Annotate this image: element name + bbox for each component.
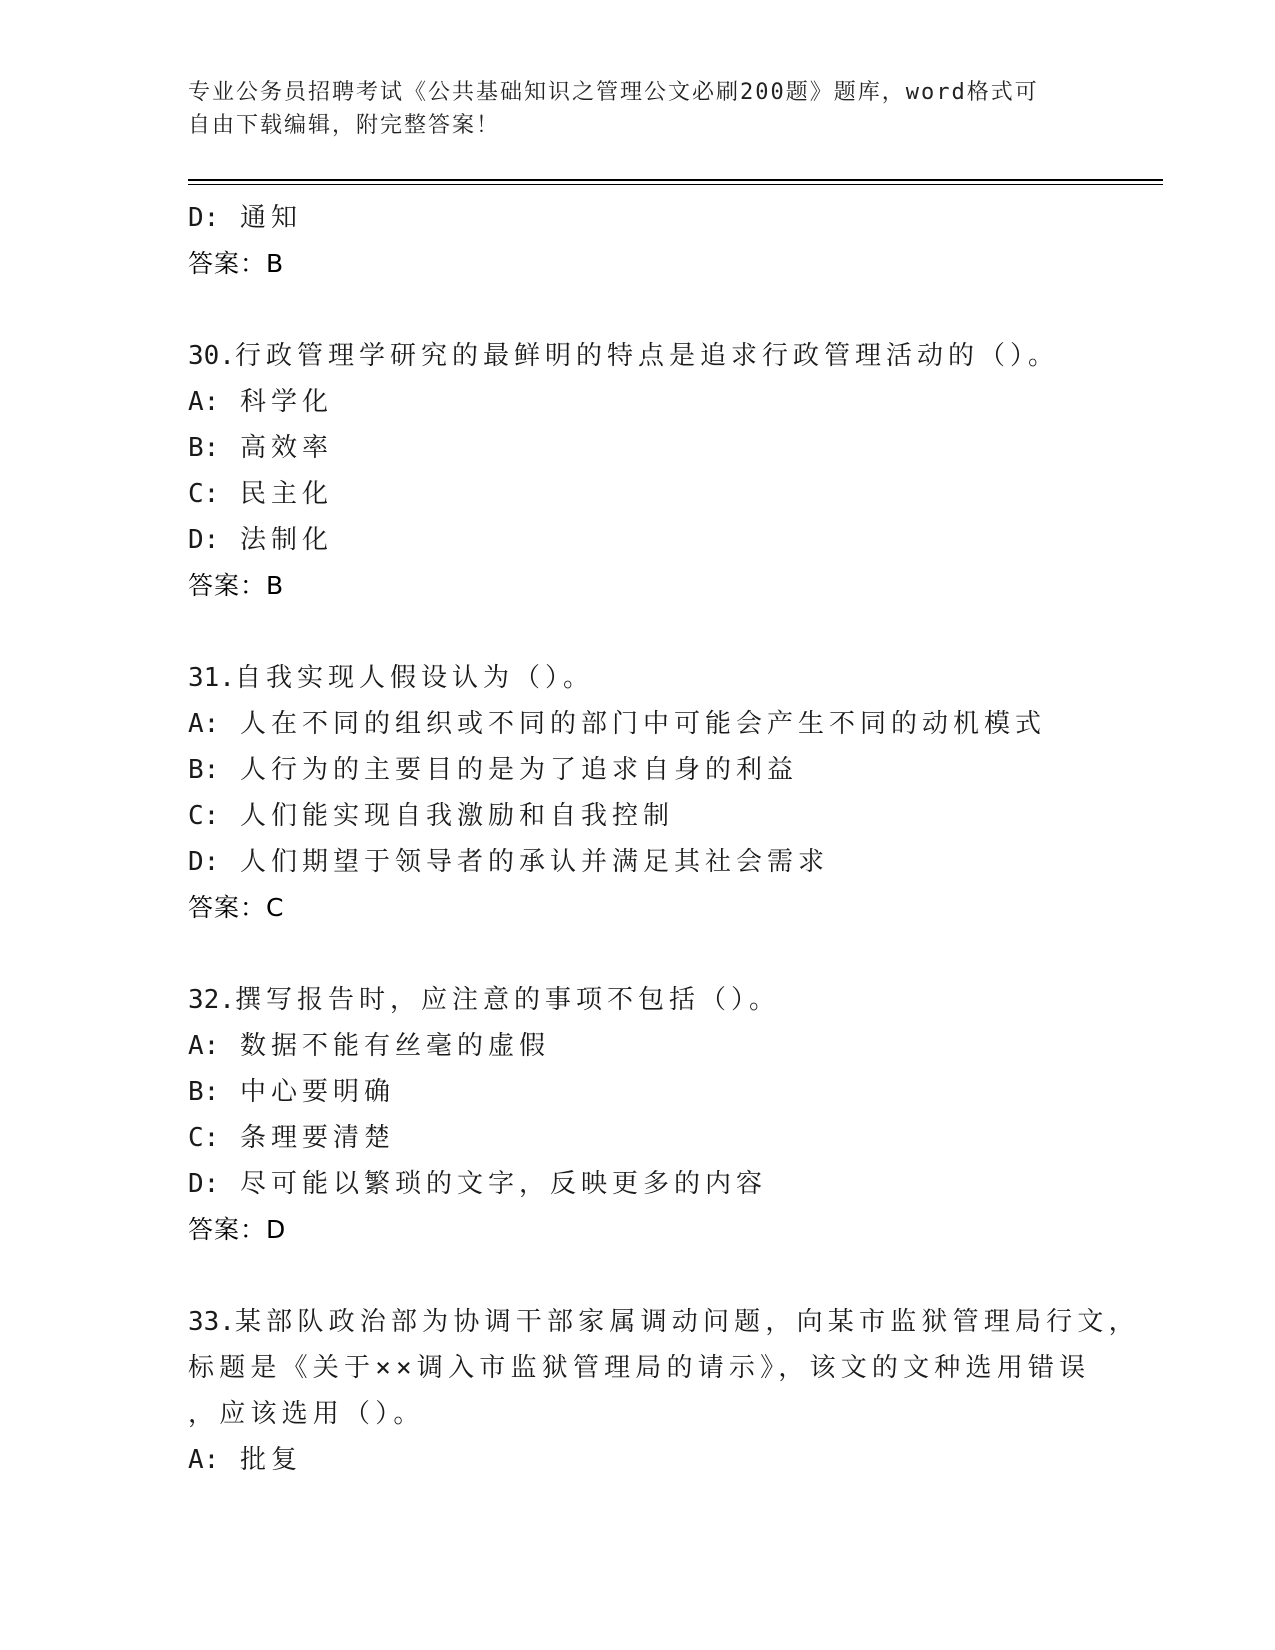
option-text: 批复 xyxy=(240,1445,302,1475)
question-stem: 32.撰写报告时，应注意的事项不包括（）。 xyxy=(188,977,1088,1023)
option-b: B: 中心要明确 xyxy=(188,1069,1088,1115)
option-key: A: xyxy=(188,709,219,739)
question-spacer xyxy=(188,1253,1088,1299)
option-text: 人行为的主要目的是为了追求自身的利益 xyxy=(240,755,798,785)
header-rule-thick xyxy=(188,179,1163,181)
option-b: B: 人行为的主要目的是为了追求自身的利益 xyxy=(188,747,1088,793)
header-title-line-2: 自由下载编辑，附完整答案！ xyxy=(188,109,1068,142)
option-key: B: xyxy=(188,1077,219,1107)
question-32: 32.撰写报告时，应注意的事项不包括（）。 A: 数据不能有丝毫的虚假 B: 中… xyxy=(188,977,1088,1253)
option-b: B: 高效率 xyxy=(188,425,1088,471)
question-stem-text: 自我实现人假设认为（）。 xyxy=(235,663,594,693)
option-d: D: 尽可能以繁琐的文字，反映更多的内容 xyxy=(188,1161,1088,1207)
option-key: D: xyxy=(188,203,219,233)
option-a: A: 数据不能有丝毫的虚假 xyxy=(188,1023,1088,1069)
answer-line: 答案：C xyxy=(188,885,1088,931)
header-rule-thin xyxy=(188,184,1163,185)
question-stem-text: 撰写报告时，应注意的事项不包括（）。 xyxy=(235,985,780,1015)
option-text: 中心要明确 xyxy=(240,1077,395,1107)
option-key: A: xyxy=(188,1031,219,1061)
question-stem: 33.某部队政治部为协调干部家属调动问题，向某市监狱管理局行文， xyxy=(188,1299,1088,1345)
option-d: D: 通知 xyxy=(188,195,1088,241)
option-c: C: 人们能实现自我激励和自我控制 xyxy=(188,793,1088,839)
answer-line: 答案：B xyxy=(188,563,1088,609)
question-31: 31.自我实现人假设认为（）。 A: 人在不同的组织或不同的部门中可能会产生不同… xyxy=(188,655,1088,931)
option-text: 尽可能以繁琐的文字，反映更多的内容 xyxy=(240,1169,767,1199)
option-key: B: xyxy=(188,755,219,785)
question-list: D: 通知 答案：B 30.行政管理学研究的最鲜明的特点是追求行政管理活动的（）… xyxy=(188,195,1088,1483)
question-spacer xyxy=(188,609,1088,655)
option-text: 人们能实现自我激励和自我控制 xyxy=(240,801,674,831)
option-key: C: xyxy=(188,1123,219,1153)
option-c: C: 条理要清楚 xyxy=(188,1115,1088,1161)
question-spacer xyxy=(188,931,1088,977)
question-stem-continued: ，应该选用（）。 xyxy=(188,1391,1088,1437)
option-key: D: xyxy=(188,525,219,555)
option-key: A: xyxy=(188,387,219,417)
header-title-line-1: 专业公务员招聘考试《公共基础知识之管理公文必刷200题》题库，word格式可 xyxy=(188,76,1068,109)
option-key: D: xyxy=(188,847,219,877)
option-text: 高效率 xyxy=(240,433,333,463)
option-text: 数据不能有丝毫的虚假 xyxy=(240,1031,550,1061)
document-page: 专业公务员招聘考试《公共基础知识之管理公文必刷200题》题库，word格式可 自… xyxy=(0,0,1275,1650)
option-key: D: xyxy=(188,1169,219,1199)
previous-question-tail: D: 通知 答案：B xyxy=(188,195,1088,287)
question-number: 31. xyxy=(188,663,235,693)
option-key: A: xyxy=(188,1445,219,1475)
question-stem-text: 行政管理学研究的最鲜明的特点是追求行政管理活动的（）。 xyxy=(235,341,1059,371)
question-spacer xyxy=(188,287,1088,333)
option-a: A: 人在不同的组织或不同的部门中可能会产生不同的动机模式 xyxy=(188,701,1088,747)
option-text: 人在不同的组织或不同的部门中可能会产生不同的动机模式 xyxy=(240,709,1046,739)
question-number: 33. xyxy=(188,1307,235,1337)
question-stem-continued: 标题是《关于××调入市监狱管理局的请示》，该文的文种选用错误 xyxy=(188,1345,1088,1391)
question-stem-text: 某部队政治部为协调干部家属调动问题，向某市监狱管理局行文， xyxy=(235,1307,1140,1337)
question-number: 30. xyxy=(188,341,235,371)
option-text: 人们期望于领导者的承认并满足其社会需求 xyxy=(240,847,829,877)
option-key: B: xyxy=(188,433,219,463)
option-key: C: xyxy=(188,479,219,509)
option-d: D: 法制化 xyxy=(188,517,1088,563)
option-key: C: xyxy=(188,801,219,831)
answer-line: 答案：D xyxy=(188,1207,1088,1253)
question-number: 32. xyxy=(188,985,235,1015)
question-stem: 31.自我实现人假设认为（）。 xyxy=(188,655,1088,701)
option-text: 法制化 xyxy=(240,525,333,555)
option-text: 民主化 xyxy=(240,479,333,509)
question-30: 30.行政管理学研究的最鲜明的特点是追求行政管理活动的（）。 A: 科学化 B:… xyxy=(188,333,1088,609)
option-text: 通知 xyxy=(240,203,302,233)
option-a: A: 批复 xyxy=(188,1437,1088,1483)
question-stem: 30.行政管理学研究的最鲜明的特点是追求行政管理活动的（）。 xyxy=(188,333,1088,379)
option-a: A: 科学化 xyxy=(188,379,1088,425)
question-33: 33.某部队政治部为协调干部家属调动问题，向某市监狱管理局行文， 标题是《关于×… xyxy=(188,1299,1088,1483)
page-header: 专业公务员招聘考试《公共基础知识之管理公文必刷200题》题库，word格式可 自… xyxy=(188,76,1068,142)
option-text: 科学化 xyxy=(240,387,333,417)
option-text: 条理要清楚 xyxy=(240,1123,395,1153)
option-d: D: 人们期望于领导者的承认并满足其社会需求 xyxy=(188,839,1088,885)
option-c: C: 民主化 xyxy=(188,471,1088,517)
answer-line: 答案：B xyxy=(188,241,1088,287)
